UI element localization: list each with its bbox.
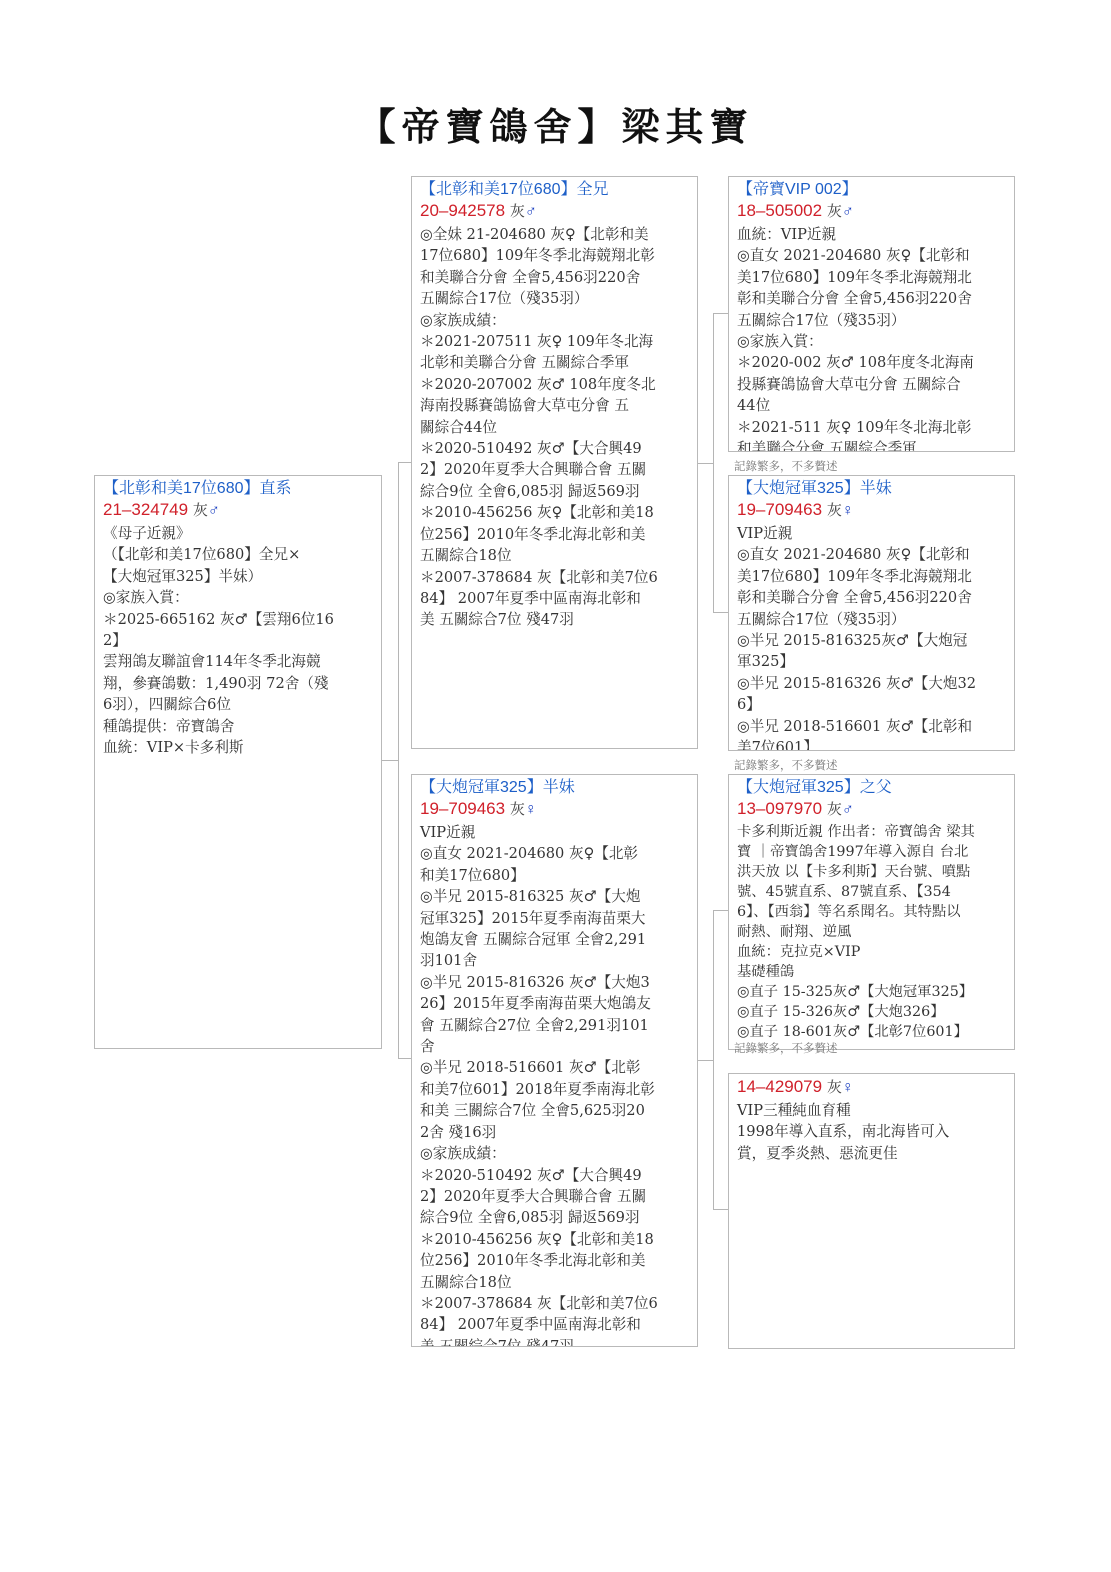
ring-number-line: 19–709463 灰♀ — [737, 499, 1006, 521]
pedigree-card-sire-dam: 【大炮冠軍325】半妹 19–709463 灰♀ VIP近親 ◎直女 2021-… — [728, 475, 1015, 751]
ring-number-line: 14–429079 灰♀ — [737, 1076, 1006, 1098]
bird-description: 《母子近親》 （【北彰和美17位680】全兄× 【大炮冠軍325】半妹） ◎家族… — [103, 523, 373, 758]
ring-number: 19–709463 — [420, 799, 505, 818]
ring-number: 19–709463 — [737, 500, 822, 519]
ring-number: 18–505002 — [737, 201, 822, 220]
ring-number-line: 19–709463 灰♀ — [420, 798, 689, 820]
page-title: 【帝寶鴿舍】梁其寶 — [0, 96, 1111, 151]
feather-color: 灰 — [510, 202, 525, 220]
female-icon: ♀ — [525, 801, 537, 818]
female-icon: ♀ — [842, 1079, 854, 1096]
ring-number: 21–324749 — [103, 500, 188, 519]
connector-line — [713, 1209, 728, 1210]
connector-line — [713, 910, 728, 911]
ring-number-line: 13–097970 灰♂ — [737, 798, 1006, 820]
feather-color: 灰 — [827, 800, 842, 818]
pedigree-card-dam: 【大炮冠軍325】半妹 19–709463 灰♀ VIP近親 ◎直女 2021-… — [411, 774, 698, 1347]
connector-line — [713, 612, 728, 613]
male-icon: ♂ — [525, 203, 537, 220]
ring-number-line: 21–324749 灰♂ — [103, 499, 373, 521]
male-icon: ♂ — [842, 203, 854, 220]
ring-number: 13–097970 — [737, 799, 822, 818]
records-note: 記錄繁多，不多贅述 — [734, 1040, 838, 1056]
pedigree-card-sire: 【北彰和美17位680】全兄 20–942578 灰♂ ◎全妹 21-20468… — [411, 176, 698, 749]
bird-name: 【大炮冠軍325】半妹 — [420, 777, 689, 798]
feather-color: 灰 — [193, 501, 208, 519]
connector-line — [398, 462, 411, 463]
pedigree-card-subject: 【北彰和美17位680】直系 21–324749 灰♂ 《母子近親》 （【北彰和… — [94, 475, 382, 1049]
bird-name: 【帝寶VIP 002】 — [737, 179, 1006, 200]
pedigree-card-dam-sire: 【大炮冠軍325】之父 13–097970 灰♂ 卡多利斯近親 作出者：帝寶鴿舍… — [728, 774, 1015, 1050]
ring-number-line: 18–505002 灰♂ — [737, 200, 1006, 222]
connector-line — [398, 462, 399, 1059]
male-icon: ♂ — [842, 801, 854, 818]
connector-line — [398, 1058, 411, 1059]
connector-line — [713, 313, 714, 613]
feather-color: 灰 — [827, 202, 842, 220]
bird-name: 【北彰和美17位680】直系 — [103, 478, 373, 499]
records-note: 記錄繁多，不多贅述 — [734, 458, 838, 474]
bird-name: 【大炮冠軍325】之父 — [737, 777, 1006, 798]
male-icon: ♂ — [208, 502, 220, 519]
connector-line — [697, 463, 714, 464]
bird-description: ◎全妹 21-204680 灰♀【北彰和美 17位680】109年冬季北海競翔北… — [420, 224, 689, 631]
feather-color: 灰 — [510, 800, 525, 818]
bird-description: VIP近親 ◎直女 2021-204680 灰♀【北彰 和美17位680】 ◎半… — [420, 822, 689, 1347]
feather-color: 灰 — [827, 501, 842, 519]
connector-line — [697, 1060, 714, 1061]
ring-number-line: 20–942578 灰♂ — [420, 200, 689, 222]
ring-number: 14–429079 — [737, 1077, 822, 1096]
pedigree-card-sire-sire: 【帝寶VIP 002】 18–505002 灰♂ 血統：VIP近親 ◎直女 20… — [728, 176, 1015, 452]
female-icon: ♀ — [842, 502, 854, 519]
bird-description: 血統：VIP近親 ◎直女 2021-204680 灰♀【北彰和 美17位680】… — [737, 224, 1006, 452]
pedigree-card-dam-dam: 14–429079 灰♀ VIP三種純血育種 1998年導入直系，南北海皆可入 … — [728, 1073, 1015, 1349]
bird-name: 【北彰和美17位680】全兄 — [420, 179, 689, 200]
bird-name: 【大炮冠軍325】半妹 — [737, 478, 1006, 499]
bird-description: 卡多利斯近親 作出者：帝寶鴿舍 梁其 寶 ｜帝寶鴿舍1997年導入源自 台北 洪… — [737, 822, 1006, 1042]
connector-line — [381, 760, 399, 761]
connector-line — [713, 910, 714, 1210]
bird-description: VIP近親 ◎直女 2021-204680 灰♀【北彰和 美17位680】109… — [737, 523, 1006, 751]
bird-description: VIP三種純血育種 1998年導入直系，南北海皆可入 賞，夏季炎熱、惡流更佳 — [737, 1100, 1006, 1164]
records-note: 記錄繁多，不多贅述 — [734, 757, 838, 773]
connector-line — [713, 313, 728, 314]
ring-number: 20–942578 — [420, 201, 505, 220]
feather-color: 灰 — [827, 1078, 842, 1096]
